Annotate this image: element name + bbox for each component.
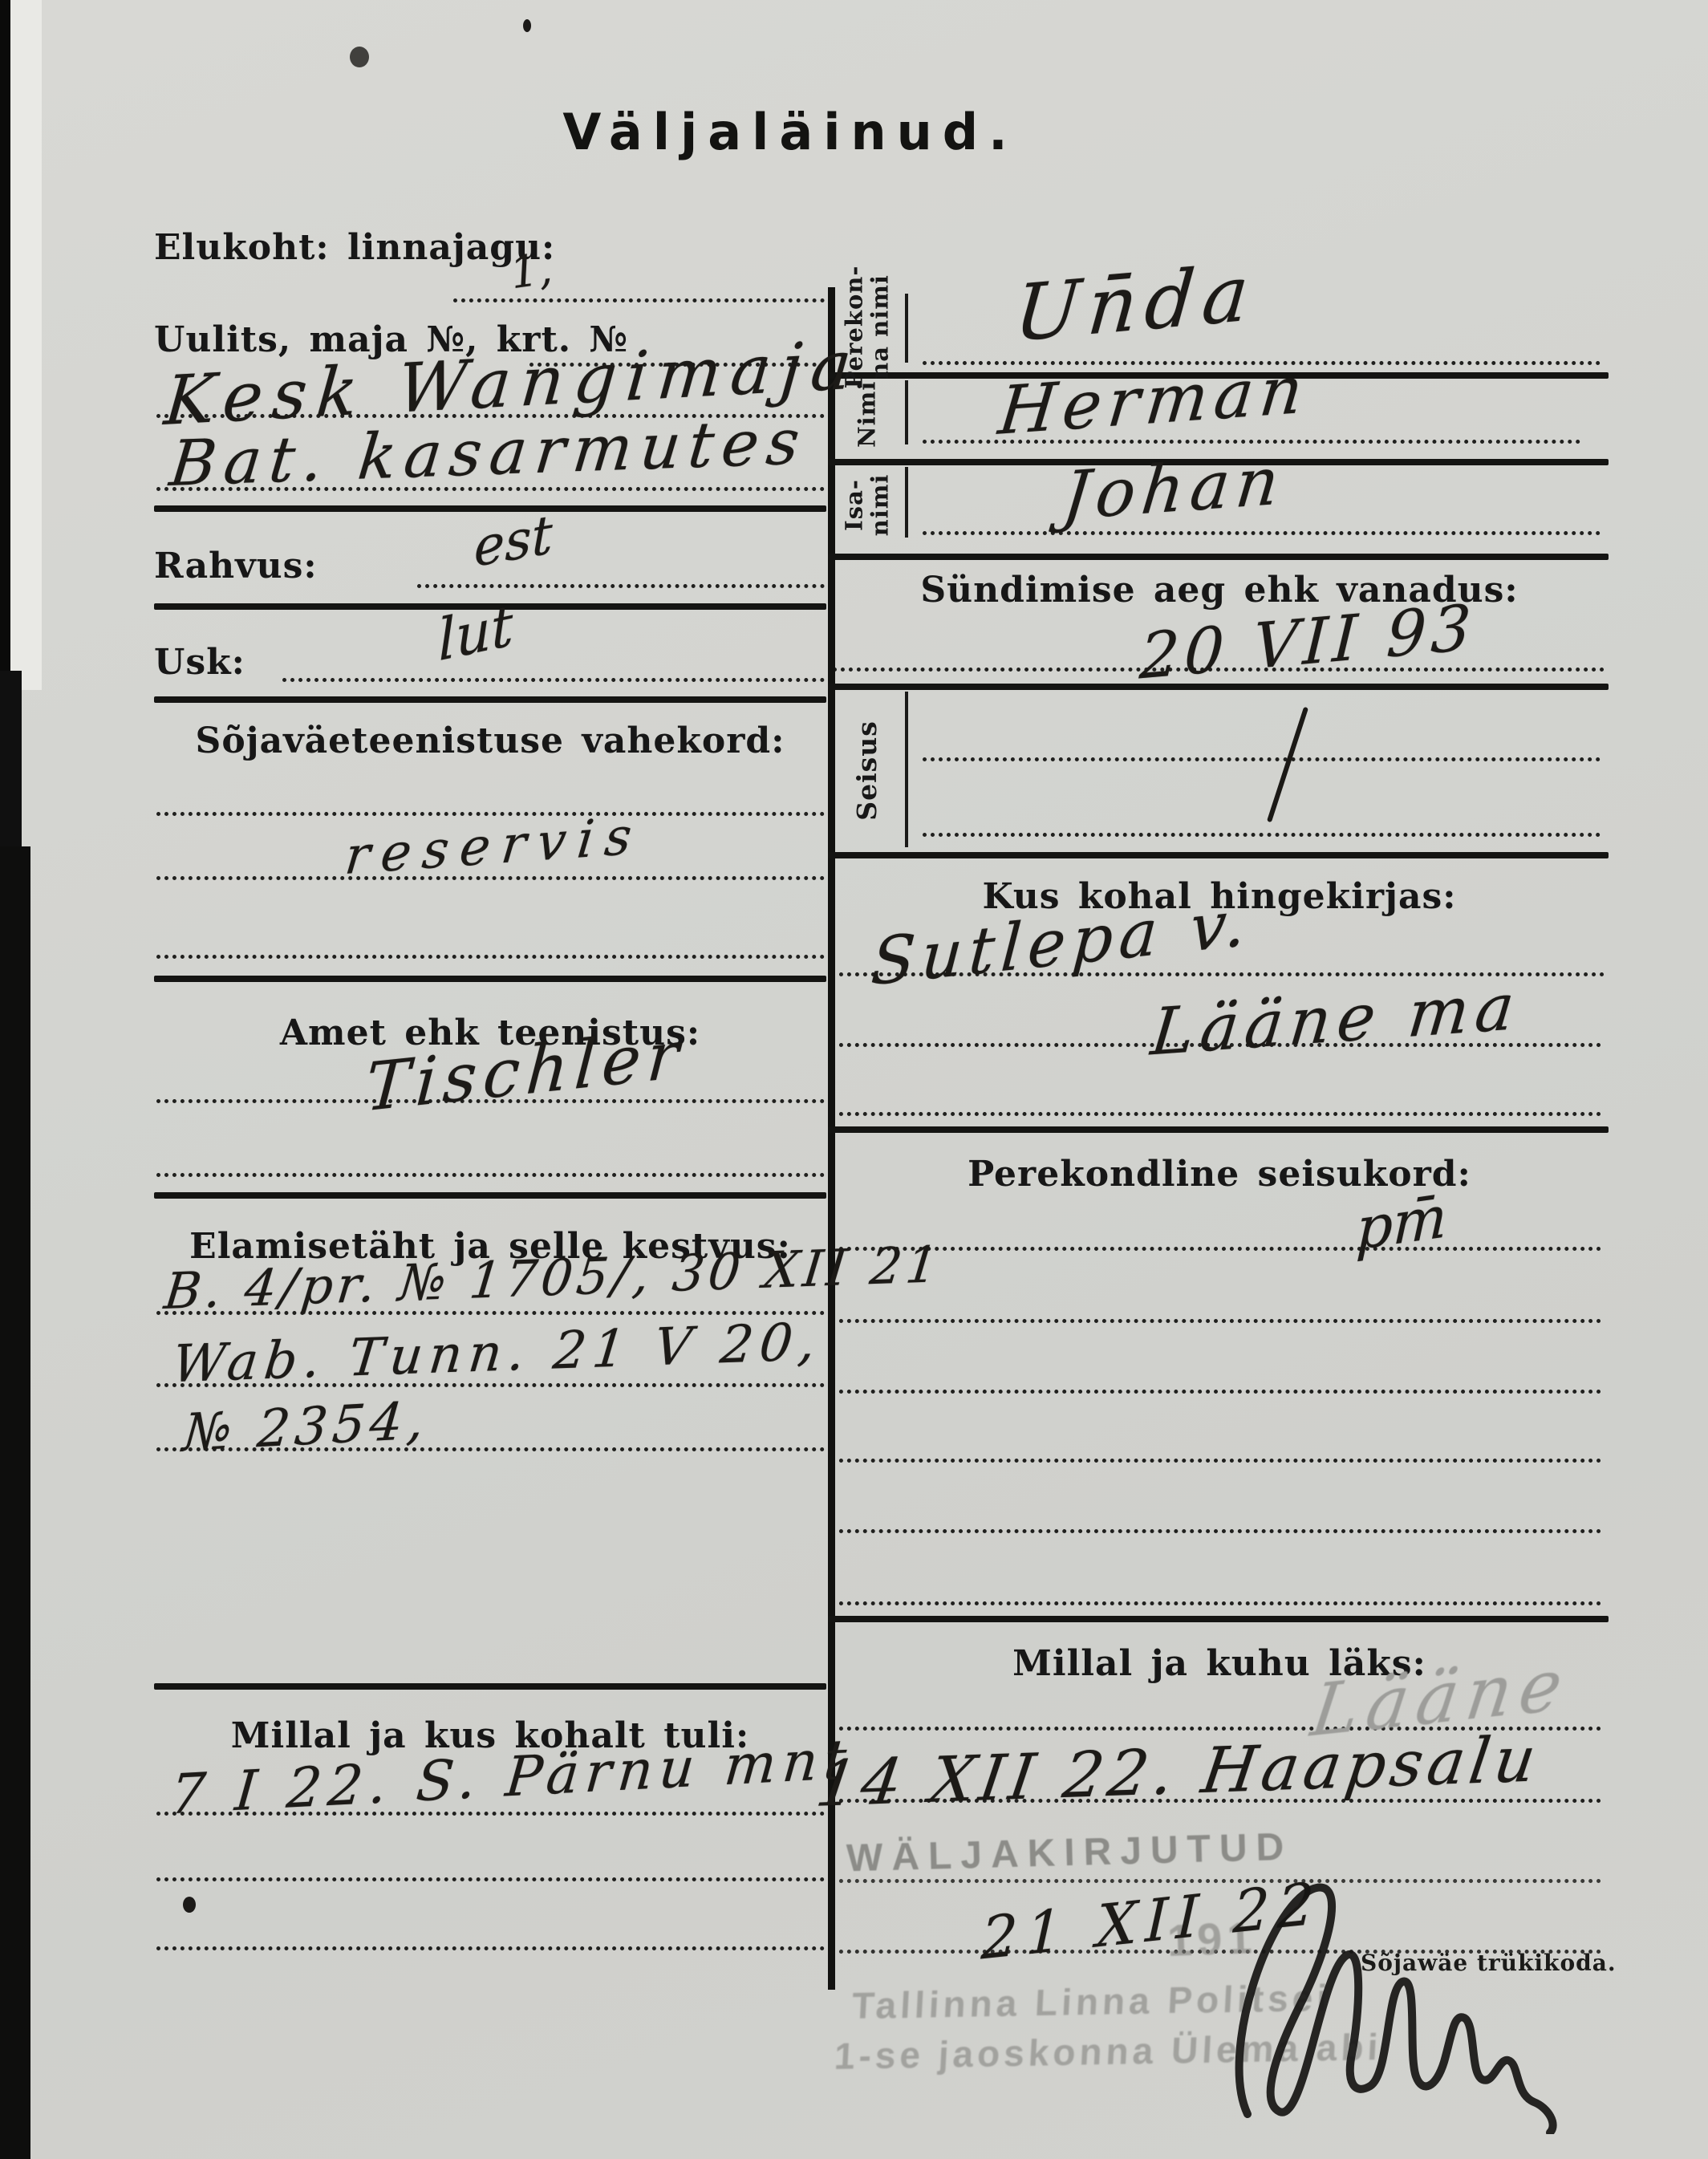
dotted-line — [156, 955, 825, 959]
field-label-isa-nimi-text: Isa- nimi — [842, 473, 894, 536]
scan-edge-black-mid — [0, 671, 22, 855]
field-value-laks: 14 XII 22. Haapsalu — [812, 1723, 1545, 1821]
field-label-sundimise-aeg: Sündimise aeg ehk vanadus: — [834, 570, 1605, 611]
dotted-line — [831, 1601, 1601, 1605]
field-label-usk: Usk: — [154, 642, 245, 683]
field-value-elamisetaht-3: № 2354, — [181, 1391, 431, 1463]
field-value-sojavaeteenistus: reservis — [343, 806, 646, 887]
section-rule — [154, 976, 826, 982]
signature-icon — [1171, 1861, 1588, 2134]
dotted-line — [923, 833, 1600, 837]
dotted-line — [831, 1247, 1601, 1251]
section-rule — [154, 505, 826, 512]
sublabel-divider-line — [905, 692, 908, 847]
dotted-line — [923, 757, 1600, 761]
field-value-rahvus: est — [474, 503, 553, 579]
field-value-elukoht: 1, — [507, 243, 555, 299]
section-rule — [154, 696, 826, 703]
section-rule — [154, 1683, 826, 1690]
dotted-line — [453, 298, 825, 302]
field-label-isa-nimi: Isa- nimi — [831, 459, 903, 550]
ink-blot — [183, 1897, 196, 1913]
dotted-line — [156, 876, 825, 880]
dotted-line — [831, 1390, 1601, 1394]
field-label-seisus: Seisus — [831, 690, 903, 850]
sublabel-divider-line — [905, 467, 908, 538]
ink-blot — [350, 47, 369, 67]
dotted-line — [156, 1173, 825, 1177]
field-label-elukoht: Elukoht: linnajagu: — [154, 227, 555, 268]
field-value-hingekirjas-2: Lääne ma — [1148, 968, 1524, 1069]
section-rule — [828, 1616, 1609, 1622]
dotted-line — [417, 584, 825, 588]
dotted-line — [831, 1529, 1601, 1533]
section-rule — [154, 1192, 826, 1199]
dotted-line — [156, 1877, 825, 1881]
dotted-line — [156, 812, 825, 816]
field-label-rahvus: Rahvus: — [154, 546, 318, 586]
field-value-perekondline: pm̄ — [1355, 1182, 1448, 1263]
document-page: Väljaläinud. Elukoht: linnajagu: 1, Uuli… — [0, 0, 1708, 2159]
field-value-perekonna-nimi: Un̄da — [1012, 247, 1260, 359]
field-value-isa-nimi: Johan — [1059, 443, 1288, 535]
dotted-line — [831, 1319, 1601, 1323]
dotted-line — [282, 678, 825, 682]
scan-edge-black-wide — [0, 846, 30, 2159]
ink-blot — [523, 19, 531, 32]
dotted-line — [831, 1112, 1601, 1116]
field-value-elamisetaht-2: Wab. Tunn. 21 V 20, — [169, 1313, 825, 1395]
dotted-line — [923, 531, 1600, 535]
field-label-perekondline: Perekondline seisukord: — [834, 1154, 1605, 1195]
section-rule — [828, 852, 1609, 858]
dotted-line — [831, 1459, 1601, 1463]
sublabel-divider-line — [905, 294, 908, 363]
section-rule — [828, 1126, 1609, 1133]
official-signature — [1171, 1861, 1588, 2137]
page-title: Väljaläinud. — [529, 103, 1051, 161]
dotted-line — [156, 1946, 825, 1950]
seisus-pen-stroke — [1267, 707, 1308, 823]
field-label-seisus-text: Seisus — [853, 720, 882, 821]
sublabel-divider-line — [905, 380, 908, 444]
section-rule — [828, 554, 1609, 560]
field-label-sojavaeteenistus: Sõjaväeteenistuse vahekord: — [154, 720, 826, 761]
field-value-nimi: Herman — [995, 351, 1312, 450]
